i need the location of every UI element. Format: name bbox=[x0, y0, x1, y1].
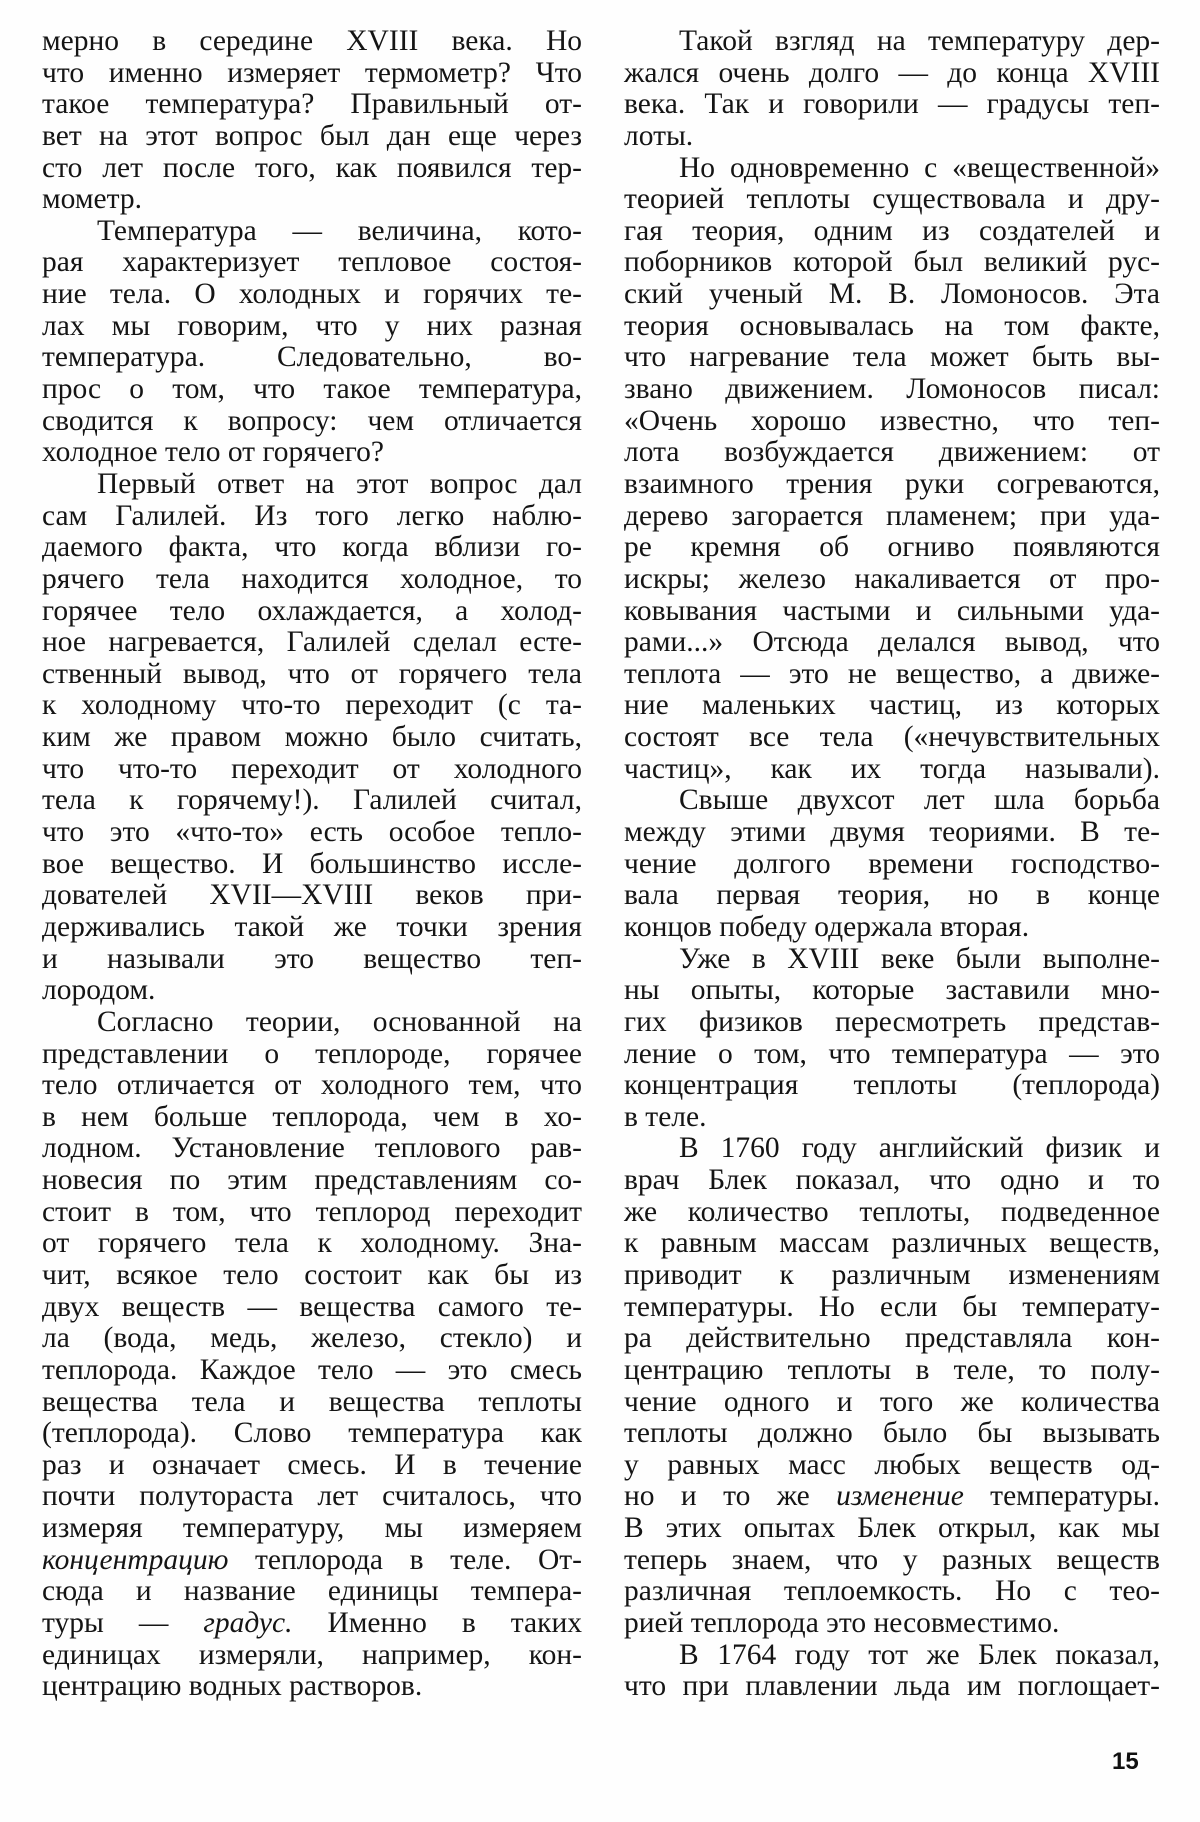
text-line: мерно в середине XVIII века. Но bbox=[42, 26, 582, 58]
text-line: почти полутораста лет считалось, что bbox=[42, 1481, 582, 1513]
text-line: рая характеризует тепловое состоя- bbox=[42, 247, 582, 279]
text-line: ние тела. О холодных и горячих те- bbox=[42, 279, 582, 311]
text-line: ский ученый М. В. Ломоносов. Эта bbox=[624, 279, 1160, 311]
text-line: что при плавлении льда им поглощает- bbox=[624, 1671, 1160, 1703]
text-line: концов победу одержала вторая. bbox=[624, 912, 1160, 944]
right-text-column: Такой взгляд на температуру дер-жался оч… bbox=[624, 26, 1160, 1703]
text-line: «Очень хорошо известно, что теп- bbox=[624, 406, 1160, 438]
text-line: представлении о теплороде, горячее bbox=[42, 1039, 582, 1071]
text-line: теперь знаем, что у разных веществ bbox=[624, 1545, 1160, 1577]
text-line: сюда и название единицы темпера- bbox=[42, 1576, 582, 1608]
text-line: ре кремня об огниво появляются bbox=[624, 532, 1160, 564]
text-line: держивались такой же точки зрения bbox=[42, 912, 582, 944]
text-line: Такой взгляд на температуру дер- bbox=[624, 26, 1160, 58]
text-line: туры — градус. Именно в таких bbox=[42, 1608, 582, 1640]
text-line: к равным массам различных веществ, bbox=[624, 1228, 1160, 1260]
text-line: прос о том, что такое температура, bbox=[42, 374, 582, 406]
text-line: тела к горячему!). Галилей считал, bbox=[42, 785, 582, 817]
text-line: к холодному что-то переходит (с та- bbox=[42, 690, 582, 722]
text-line: века. Так и говорили — градусы теп- bbox=[624, 89, 1160, 121]
text-line: же количество теплоты, подведенное bbox=[624, 1197, 1160, 1229]
text-line: сто лет после того, как появился тер- bbox=[42, 153, 582, 185]
text-line: приводит к различным изменениям bbox=[624, 1260, 1160, 1292]
text-line: что это «что-то» есть особое тепло- bbox=[42, 817, 582, 849]
text-line: рией теплорода это несовместимо. bbox=[624, 1608, 1160, 1640]
text-line: у равных масс любых веществ од- bbox=[624, 1450, 1160, 1482]
text-line: (теплорода). Слово температура как bbox=[42, 1418, 582, 1450]
text-line: лах мы говорим, что у них разная bbox=[42, 311, 582, 343]
text-line: теплота — это не вещество, а движе- bbox=[624, 659, 1160, 691]
text-line: сводится к вопросу: чем отличается bbox=[42, 406, 582, 438]
text-line: чит, всякое тело состоит как бы из bbox=[42, 1260, 582, 1292]
text-line: теплорода. Каждое тело — это смесь bbox=[42, 1355, 582, 1387]
text-line: что нагревание тела может быть вы- bbox=[624, 342, 1160, 374]
text-line: что именно измеряет термометр? Что bbox=[42, 58, 582, 90]
text-line: Температура — величина, кото- bbox=[42, 216, 582, 248]
text-line: в нем больше теплорода, чем в хо- bbox=[42, 1102, 582, 1134]
text-line: теория основывалась на том факте, bbox=[624, 311, 1160, 343]
text-line: гих физиков пересмотреть представ- bbox=[624, 1007, 1160, 1039]
text-line: стоит в том, что теплород переходит bbox=[42, 1197, 582, 1229]
text-line: чение долгого времени господство- bbox=[624, 849, 1160, 881]
text-line: лодном. Установление теплового рав- bbox=[42, 1133, 582, 1165]
text-line: в теле. bbox=[624, 1102, 1160, 1134]
text-line: вещества тела и вещества теплоты bbox=[42, 1387, 582, 1419]
text-line: концентрация теплоты (теплорода) bbox=[624, 1070, 1160, 1102]
text-line: ление о том, что температура — это bbox=[624, 1039, 1160, 1071]
text-line: лородом. bbox=[42, 975, 582, 1007]
text-line: что что-то переходит от холодного bbox=[42, 754, 582, 786]
text-line: лота возбуждается движением: от bbox=[624, 437, 1160, 469]
page-number: 15 bbox=[1112, 1748, 1139, 1776]
text-line: ра действительно представляла кон- bbox=[624, 1323, 1160, 1355]
text-line: дователей XVII—XVIII веков при- bbox=[42, 880, 582, 912]
text-line: двух веществ — вещества самого те- bbox=[42, 1292, 582, 1324]
text-line: В этих опытах Блек открыл, как мы bbox=[624, 1513, 1160, 1545]
text-line: тело отличается от холодного тем, что bbox=[42, 1070, 582, 1102]
text-line: даемого факта, что когда вблизи го- bbox=[42, 532, 582, 564]
text-line: чение одного и того же количества bbox=[624, 1387, 1160, 1419]
text-line: поборников которой был великий рус- bbox=[624, 247, 1160, 279]
text-line: Свыше двухсот лет шла борьба bbox=[624, 785, 1160, 817]
text-line: звано движением. Ломоносов писал: bbox=[624, 374, 1160, 406]
text-line: температуры. Но если бы температу- bbox=[624, 1292, 1160, 1324]
text-line: врач Блек показал, что одно и то bbox=[624, 1165, 1160, 1197]
text-line: взаимного трения руки согреваются, bbox=[624, 469, 1160, 501]
text-line: ственный вывод, что от горячего тела bbox=[42, 659, 582, 691]
text-line: теплоты должно было бы вызывать bbox=[624, 1418, 1160, 1450]
text-line: горячее тело охлаждается, а холод- bbox=[42, 596, 582, 628]
text-line: концентрацию теплорода в теле. От- bbox=[42, 1545, 582, 1577]
text-line: ние маленьких частиц, из которых bbox=[624, 690, 1160, 722]
text-line: ла (вода, медь, железо, стекло) и bbox=[42, 1323, 582, 1355]
text-line: холодное тело от горячего? bbox=[42, 437, 582, 469]
text-line: новесия по этим представлениям со- bbox=[42, 1165, 582, 1197]
text-line: центрацию водных растворов. bbox=[42, 1671, 582, 1703]
text-line: между этими двумя теориями. В те- bbox=[624, 817, 1160, 849]
text-line: жался очень долго — до конца XVIII bbox=[624, 58, 1160, 90]
book-page: мерно в середине XVIII века. Ночто именн… bbox=[0, 0, 1200, 1822]
text-line: ковывания частыми и сильными уда- bbox=[624, 596, 1160, 628]
text-line: Согласно теории, основанной на bbox=[42, 1007, 582, 1039]
text-line: единицах измеряли, например, кон- bbox=[42, 1640, 582, 1672]
text-line: частиц», как их тогда называли). bbox=[624, 754, 1160, 786]
text-line: температура. Следовательно, во- bbox=[42, 342, 582, 374]
left-text-column: мерно в середине XVIII века. Ночто именн… bbox=[42, 26, 582, 1703]
text-line: рами...» Отсюда делался вывод, что bbox=[624, 627, 1160, 659]
text-line: раз и означает смесь. И в течение bbox=[42, 1450, 582, 1482]
text-line: состоят все тела («нечувствительных bbox=[624, 722, 1160, 754]
text-line: такое температура? Правильный от- bbox=[42, 89, 582, 121]
text-line: В 1764 году тот же Блек показал, bbox=[624, 1640, 1160, 1672]
text-line: ким же правом можно было считать, bbox=[42, 722, 582, 754]
text-line: вое вещество. И большинство иссле- bbox=[42, 849, 582, 881]
text-line: центрацию теплоты в теле, то полу- bbox=[624, 1355, 1160, 1387]
text-line: различная теплоемкость. Но с тео- bbox=[624, 1576, 1160, 1608]
text-line: от горячего тела к холодному. Зна- bbox=[42, 1228, 582, 1260]
text-line: и называли это вещество теп- bbox=[42, 944, 582, 976]
text-line: Но одновременно с «вещественной» bbox=[624, 153, 1160, 185]
text-line: лоты. bbox=[624, 121, 1160, 153]
text-line: рячего тела находится холодное, то bbox=[42, 564, 582, 596]
text-line: В 1760 году английский физик и bbox=[624, 1133, 1160, 1165]
text-line: вала первая теория, но в конце bbox=[624, 880, 1160, 912]
text-line: вет на этот вопрос был дан еще через bbox=[42, 121, 582, 153]
text-line: но и то же изменение температуры. bbox=[624, 1481, 1160, 1513]
text-line: дерево загорается пламенем; при уда- bbox=[624, 501, 1160, 533]
text-line: ное нагревается, Галилей сделал есте- bbox=[42, 627, 582, 659]
text-line: теорией теплоты существовала и дру- bbox=[624, 184, 1160, 216]
text-line: сам Галилей. Из того легко наблю- bbox=[42, 501, 582, 533]
text-line: Первый ответ на этот вопрос дал bbox=[42, 469, 582, 501]
text-line: Уже в XVIII веке были выполне- bbox=[624, 944, 1160, 976]
text-line: гая теория, одним из создателей и bbox=[624, 216, 1160, 248]
text-line: мометр. bbox=[42, 184, 582, 216]
text-line: искры; железо накаливается от про- bbox=[624, 564, 1160, 596]
text-line: ны опыты, которые заставили мно- bbox=[624, 975, 1160, 1007]
text-line: измеряя температуру, мы измеряем bbox=[42, 1513, 582, 1545]
